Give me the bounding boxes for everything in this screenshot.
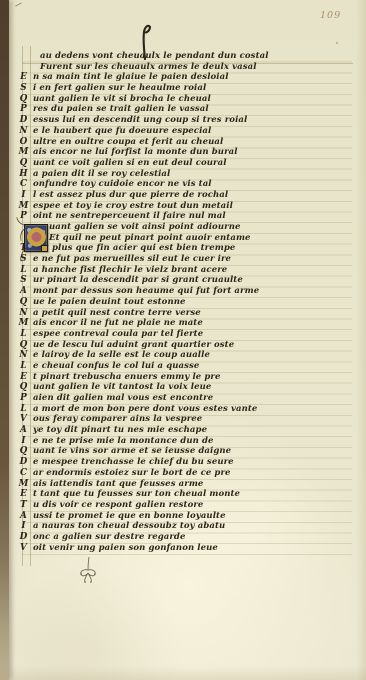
- verse-line: Q uant galien le vit tantost la voix leu…: [33, 382, 353, 393]
- verse-initial: T: [17, 500, 30, 511]
- verse-initial: S: [17, 83, 30, 94]
- verse-text: ais iattendis tant que feusses arme: [33, 479, 203, 489]
- verse-text: a paien dit il se roy celestial: [33, 169, 170, 179]
- verse-initial: P: [17, 393, 30, 404]
- verse-text: au dedens vont cheuaulx le pendant dun c…: [40, 51, 269, 61]
- verse-initial: H: [17, 169, 30, 180]
- verse-line: Q ue le paien deuint tout estonne: [33, 297, 353, 308]
- verse-initial: D: [17, 115, 30, 126]
- verse-initial: C: [17, 179, 30, 190]
- right-edge-shade: [356, 0, 366, 680]
- verse-line: E t tant que tu feusses sur ton cheual m…: [33, 489, 353, 500]
- verse-line: au dedens vont cheuaulx le pendant dun c…: [33, 51, 353, 62]
- verse-text: Furent sur les cheuaulx armes le deulx v…: [40, 62, 257, 72]
- verse-line: E t pinart trebuscha enuers emmy le pre: [33, 372, 353, 383]
- verse-line: I e ne te prise mie la montance dun de: [33, 436, 353, 447]
- verse-initial: Q: [17, 297, 30, 308]
- verse-text: ussi te promet ie que en bonne loyaulte: [33, 511, 226, 521]
- verse-initial: D: [17, 532, 30, 543]
- verse-line: D e mespee trenchasse le chief du bu seu…: [33, 457, 353, 468]
- text-block: au dedens vont cheuaulx le pendant dun c…: [33, 51, 353, 553]
- gutter-shadow: [0, 0, 9, 680]
- verse-text: u dis voir ce respont galien restore: [33, 500, 203, 510]
- verse-initial: N: [17, 126, 30, 137]
- verse-line: L a mort de mon bon pere dont vous estes…: [33, 404, 353, 415]
- verse-text: ar endormis estoiez sur le bort de ce pr…: [33, 468, 231, 478]
- verse-initial: Q: [17, 158, 30, 169]
- verse-line: D essus lui en descendit ung coup si tre…: [33, 115, 353, 126]
- verse-text: a petit quil nest contre terre verse: [33, 308, 201, 318]
- verse-line: V oit venir ung paien son gonfanon leue: [33, 543, 353, 554]
- verse-initial: S: [17, 275, 30, 286]
- verse-text: aien dit galien mal vous est encontre: [33, 393, 213, 403]
- verse-line: Q uant ie vins sor arme et se ieusse dai…: [33, 446, 353, 457]
- verse-text: ais encor il ne fut ne plaie ne mate: [33, 318, 203, 328]
- verse-text: ue de lescu lui aduint grant quartier os…: [33, 340, 234, 350]
- verse-text: uant galien le vit tantost la voix leue: [33, 382, 211, 392]
- verse-line: M ais encor il ne fut ne plaie ne mate: [33, 318, 353, 329]
- verse-line: N e le haubert que fu doeuure especial: [33, 126, 353, 137]
- verse-line: S ur pinart la descendit par si grant cr…: [33, 275, 353, 286]
- manuscript-page: 109 au dedens vont cheuaulx le pendant d…: [0, 0, 366, 680]
- verse-line: S e ne fut pas merueilles sil eut le cue…: [33, 254, 353, 265]
- corner-mark: [15, 2, 22, 6]
- verse-initial: M: [17, 318, 30, 329]
- verse-text: ur pinart la descendit par si grant crua…: [33, 275, 243, 285]
- verse-text: onc a galien sur destre regarde: [33, 532, 186, 542]
- verse-line: P oint ne sentreperceuent il faire nul m…: [33, 211, 353, 222]
- verse-line: Furent sur les cheuaulx armes le deulx v…: [33, 62, 353, 73]
- verse-text: essus lui en descendit ung coup si tres …: [33, 115, 247, 125]
- verse-line: P res du paien se trait galien le vassal: [33, 104, 353, 115]
- verse-initial: M: [17, 201, 30, 212]
- verse-text: ue le paien deuint tout estonne: [33, 297, 186, 307]
- verse-initial: L: [17, 265, 30, 276]
- verse-line: S i en fert galien sur le heaulme roial: [33, 83, 353, 94]
- verse-initial: N: [17, 308, 30, 319]
- verse-line: I l est assez plus dur que pierre de roc…: [33, 190, 353, 201]
- verse-line: Q uant galien le vit si brocha le cheual: [33, 94, 353, 105]
- verse-line: A ussi te promet ie que en bonne loyault…: [33, 511, 353, 522]
- verse-text: e le haubert que fu doeuure especial: [33, 126, 211, 136]
- verse-line: L espee contreval coula par tel fierte: [33, 329, 353, 340]
- verse-line: T u dis voir ce respont galien restore: [33, 500, 353, 511]
- verse-text: n sa main tint le glaiue le paien desloi…: [33, 72, 229, 82]
- verse-line: D onc a galien sur destre regarde: [33, 532, 353, 543]
- folio-dot: [336, 42, 338, 44]
- verse-line: Et quil ne peut pinart point auoir entam…: [33, 233, 353, 244]
- gold-corner: [41, 245, 48, 252]
- verse-line: Q uant ce voit galien si en eut deul cou…: [33, 158, 353, 169]
- verse-line: C ar endormis estoiez sur le bort de ce …: [33, 468, 353, 479]
- verse-text: a hanche fist flechir le vielz brant ace…: [33, 265, 227, 275]
- verse-initial: V: [17, 414, 30, 425]
- verse-initial: M: [17, 147, 30, 158]
- verse-text: res du paien se trait galien le vassal: [33, 104, 209, 114]
- verse-initial: P: [17, 104, 30, 115]
- verse-text: e lairoy de la selle est le coup aualle: [33, 350, 210, 360]
- verse-initial: E: [17, 372, 30, 383]
- verse-initial: V: [17, 543, 30, 554]
- verse-text: oit venir ung paien son gonfanon leue: [33, 543, 218, 553]
- verse-line: P aien dit galien mal vous est encontre: [33, 393, 353, 404]
- verse-text: ye toy dit pinart tu nes mie eschape: [33, 425, 207, 435]
- verse-line: M ais iattendis tant que feusses arme: [33, 479, 353, 490]
- verse-text: e ne fut pas merueilles sil eut le cuer …: [33, 254, 231, 264]
- verse-initial: Q: [17, 340, 30, 351]
- verse-text: espee et toy ie croy estre tout dun meta…: [33, 201, 233, 211]
- verse-text: oint ne sentreperceuent il faire nul mal: [33, 211, 226, 221]
- verse-initial: A: [17, 286, 30, 297]
- folio-number: 109: [320, 10, 356, 21]
- verse-text: t tant que tu feusses sur ton cheual mon…: [33, 489, 240, 499]
- verse-line: H a paien dit il se roy celestial: [33, 169, 353, 180]
- verse-line: O ultre en oultre coupa et ferit au cheu…: [33, 137, 353, 148]
- verse-initial: A: [17, 511, 30, 522]
- verse-initial: C: [17, 468, 30, 479]
- verse-initial: O: [17, 137, 30, 148]
- verse-line: A mont par dessus son heaume qui fut for…: [33, 286, 353, 297]
- verse-initial: I: [17, 521, 30, 532]
- verse-line: L e cheual confus le col lui a quasse: [33, 361, 353, 372]
- verse-line: I a nauras ton cheual dessoubz toy abatu: [33, 521, 353, 532]
- verse-line: M espee et toy ie croy estre tout dun me…: [33, 201, 353, 212]
- verse-text: onfundre toy cuidoie encor ne vis tal: [33, 179, 212, 189]
- verse-initial: D: [17, 457, 30, 468]
- verse-text: ultre en oultre coupa et ferit au cheual: [33, 137, 223, 147]
- verse-line: C onfundre toy cuidoie encor ne vis tal: [33, 179, 353, 190]
- verse-initial: Q: [17, 382, 30, 393]
- verse-initial: Q: [17, 446, 30, 457]
- verse-text: a mort de mon bon pere dont vous estes v…: [33, 404, 257, 414]
- verse-initial: N: [17, 350, 30, 361]
- verse-line: Q ue de lescu lui aduint grant quartier …: [33, 340, 353, 351]
- verse-text: ous feray comparer ains la vespree: [33, 414, 202, 424]
- verse-line: A ye toy dit pinart tu nes mie eschape: [33, 425, 353, 436]
- verse-initial: A: [17, 425, 30, 436]
- verse-initial: I: [17, 436, 30, 447]
- verse-line: V ous feray comparer ains la vespree: [33, 414, 353, 425]
- verse-initial: L: [17, 404, 30, 415]
- verse-line: N e lairoy de la selle est le coup auall…: [33, 350, 353, 361]
- verse-text: e ne te prise mie la montance dun de: [33, 436, 214, 446]
- verse-initial: L: [17, 361, 30, 372]
- verse-text: uant ie vins sor arme et se ieusse daign…: [33, 446, 231, 456]
- verse-text: a nauras ton cheual dessoubz toy abatu: [33, 521, 225, 531]
- verse-text: Et quil ne peut pinart point auoir entam…: [49, 233, 251, 243]
- verse-text: espee contreval coula par tel fierte: [33, 329, 203, 339]
- verse-text: t pinart trebuscha enuers emmy le pre: [33, 372, 220, 382]
- verse-text: mont par dessus son heaume qui fut fort …: [33, 286, 259, 296]
- bottom-edge-shade: [0, 666, 366, 680]
- verse-text: uant galien se voit ainsi point adiourne: [49, 222, 240, 232]
- verse-text: e mespee trenchasse le chief du bu seure: [33, 457, 234, 467]
- illuminated-initial-spray-icon: [14, 214, 28, 262]
- verse-text: uant galien le vit si brocha le cheual: [33, 94, 211, 104]
- verse-initial: M: [17, 479, 30, 490]
- verse-initial: E: [17, 489, 30, 500]
- verse-text: uant ce voit galien si en eut deul coura…: [33, 158, 227, 168]
- catchword-flourish-icon: [72, 557, 106, 591]
- verse-line: E n sa main tint le glaiue le paien desl…: [33, 72, 353, 83]
- verse-initial: E: [17, 72, 30, 83]
- verse-line: uant galien se voit ainsi point adiourne: [33, 222, 353, 233]
- verse-initial: L: [17, 329, 30, 340]
- verse-text: ais encor ne lui forfist la monte dun bu…: [33, 147, 238, 157]
- verse-text: i en fert galien sur le heaulme roial: [33, 83, 206, 93]
- verse-text: l est assez plus dur que pierre de rocha…: [33, 190, 228, 200]
- verse-initial: Q: [17, 94, 30, 105]
- verse-line: M ais encor ne lui forfist la monte dun …: [33, 147, 353, 158]
- verse-text: ant plus que fin acier qui est bien trem…: [33, 243, 235, 253]
- verse-text: e cheual confus le col lui a quasse: [33, 361, 199, 371]
- verse-line: T ant plus que fin acier qui est bien tr…: [33, 243, 353, 254]
- verse-line: L a hanche fist flechir le vielz brant a…: [33, 265, 353, 276]
- verse-initial: I: [17, 190, 30, 201]
- verse-line: N a petit quil nest contre terre verse: [33, 308, 353, 319]
